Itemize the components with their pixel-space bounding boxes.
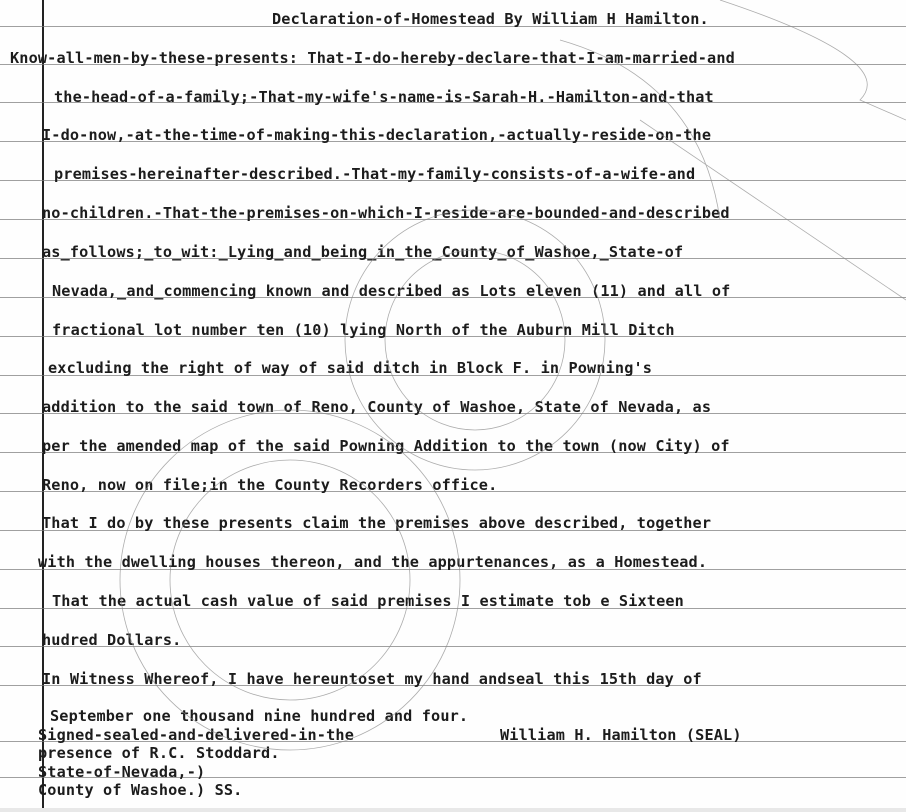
text-line: That the actual cash value of said premi… [52, 592, 684, 610]
text-line: the-head-of-a-family;-That-my-wife's-nam… [54, 88, 714, 106]
text-line: as_follows;_to_wit:_Lying_and_being_in_t… [42, 243, 683, 261]
text-line: That I do by these presents claim the pr… [42, 514, 711, 532]
text-line: per the amended map of the said Powning … [42, 437, 730, 455]
text-line: September one thousand nine hundred and … [50, 707, 468, 725]
text-line: presence of R.C. Stoddard. [38, 744, 280, 762]
text-line: Know-all-men-by-these-presents: That-I-d… [10, 49, 735, 67]
text-line: Reno, now on file;in the County Recorder… [42, 476, 497, 494]
text-line: Nevada,_and_commencing known and describ… [52, 282, 730, 300]
text-line: addition to the said town of Reno, Count… [42, 398, 711, 416]
footer-strip [0, 808, 906, 812]
text-line: In Witness Whereof, I have hereuntoset m… [42, 670, 702, 688]
text-line: I-do-now,-at-the-time-of-making-this-dec… [42, 126, 711, 144]
text-line: hudred Dollars. [42, 631, 181, 649]
text-line: with the dwelling houses thereon, and th… [38, 553, 707, 571]
text-line: fractional lot number ten (10) lying Nor… [52, 321, 675, 339]
text-line: Signed-sealed-and-delivered-in-the [38, 726, 354, 744]
signature-line: William H. Hamilton (SEAL) [500, 726, 742, 744]
text-line: no-children.-That-the-premises-on-which-… [42, 204, 730, 222]
document-page: Declaration-of-Homestead By William H Ha… [0, 0, 906, 812]
text-line: excluding the right of way of said ditch… [48, 359, 652, 377]
document-title: Declaration-of-Homestead By William H Ha… [272, 10, 709, 28]
text-line: premises-hereinafter-described.-That-my-… [54, 165, 695, 183]
text-line: County of Washoe.) SS. [38, 781, 242, 799]
text-line: State-of-Nevada,-) [38, 763, 205, 781]
